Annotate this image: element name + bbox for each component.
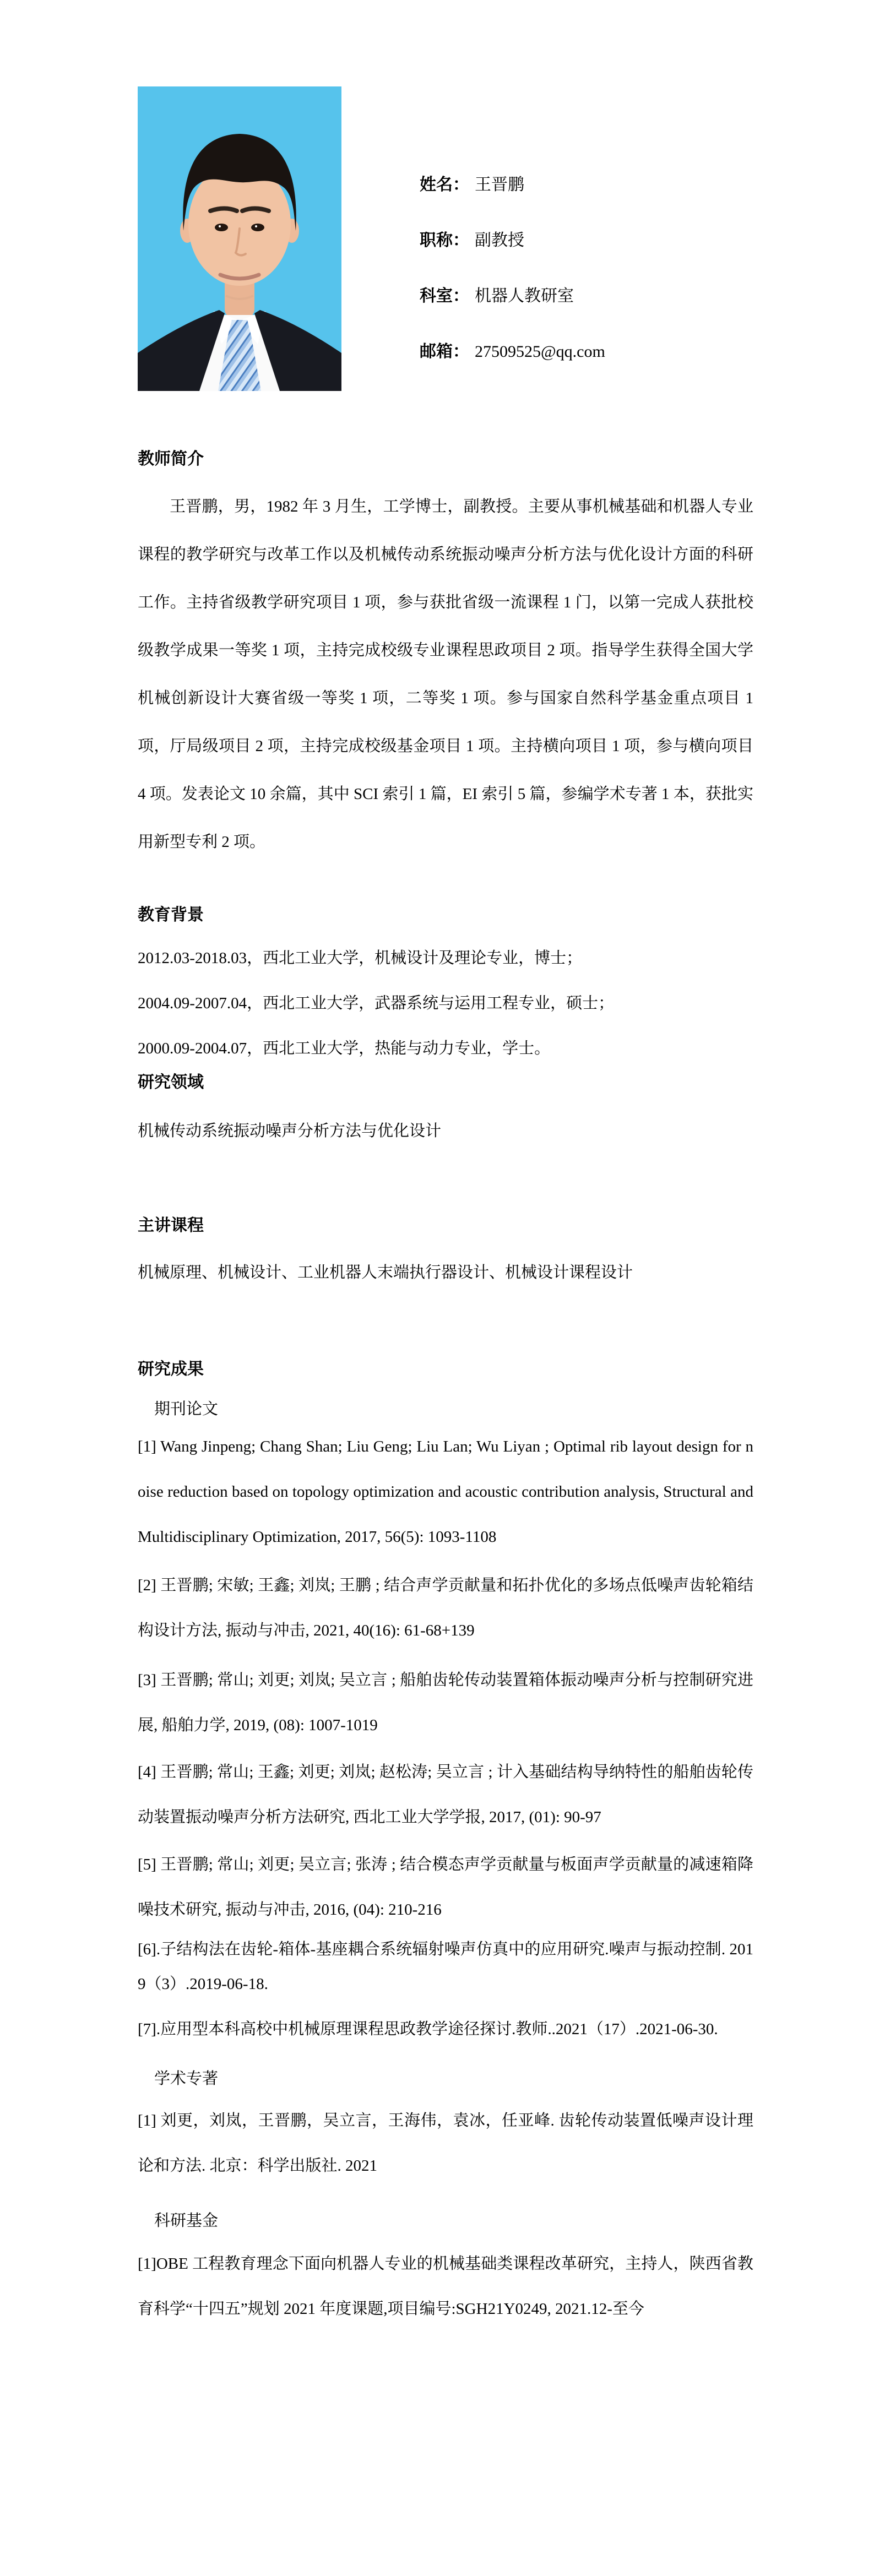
- journal-reference-1: [1] Wang Jinpeng; Chang Shan; Liu Geng; …: [138, 1424, 753, 1559]
- education-item-bachelor: 2000.09-2004.07，西北工业大学，热能与动力专业，学士。: [138, 1026, 753, 1071]
- info-row-department: 科室：机器人教研室: [420, 285, 605, 308]
- section-heading-courses: 主讲课程: [138, 1215, 753, 1237]
- info-row-email: 邮箱：27509525@qq.com: [420, 340, 605, 363]
- title-label: 职称：: [420, 231, 469, 249]
- portrait-photo: [138, 86, 341, 391]
- title-value: 副教授: [475, 231, 524, 249]
- journal-reference-5: [5] 王晋鹏; 常山; 刘更; 吴立言; 张涛 ; 结合模态声学贡献量与板面声…: [138, 1842, 753, 1932]
- courses-content: 机械原理、机械设计、工业机器人末端执行器设计、机械设计课程设计: [138, 1250, 753, 1295]
- subsection-heading-funds: 科研基金: [138, 2210, 753, 2232]
- intro-paragraph: 王晋鹏，男，1982 年 3 月生，工学博士，副教授。主要从事机械基础和机器人专…: [138, 483, 753, 866]
- research-area-content: 机械传动系统振动噪声分析方法与优化设计: [138, 1108, 753, 1154]
- journal-reference-7: [7].应用型本科高校中机械原理课程思政教学途径探讨.教师..2021（17）.…: [138, 2007, 753, 2052]
- profile-info: 姓名：王晋鹏 职称：副教授 科室：机器人教研室 邮箱：27509525@qq.c…: [420, 86, 605, 396]
- name-value: 王晋鹏: [475, 176, 524, 194]
- fund-reference-1: [1]OBE 工程教育理念下面向机器人专业的机械基础类课程改革研究，主持人，陕西…: [138, 2241, 753, 2332]
- email-value: 27509525@qq.com: [475, 343, 605, 361]
- info-row-name: 姓名：王晋鹏: [420, 173, 605, 197]
- profile-header: 姓名：王晋鹏 职称：副教授 科室：机器人教研室 邮箱：27509525@qq.c…: [138, 0, 753, 396]
- faculty-profile-page: 姓名：王晋鹏 职称：副教授 科室：机器人教研室 邮箱：27509525@qq.c…: [0, 0, 874, 2576]
- name-label: 姓名：: [420, 176, 469, 194]
- section-heading-research-area: 研究领域: [138, 1072, 753, 1094]
- info-row-title: 职称：副教授: [420, 229, 605, 252]
- section-heading-education: 教育背景: [138, 904, 753, 926]
- education-item-phd: 2012.03-2018.03，西北工业大学，机械设计及理论专业，博士；: [138, 936, 753, 981]
- section-heading-achievements: 研究成果: [138, 1358, 753, 1381]
- journal-reference-4: [4] 王晋鹏; 常山; 王鑫; 刘更; 刘岚; 赵松涛; 吴立言 ; 计入基础…: [138, 1749, 753, 1840]
- journal-reference-3: [3] 王晋鹏; 常山; 刘更; 刘岚; 吴立言 ; 船舶齿轮传动装置箱体振动噪…: [138, 1657, 753, 1748]
- subsection-heading-journal-papers: 期刊论文: [138, 1398, 753, 1420]
- department-value: 机器人教研室: [475, 287, 574, 305]
- content-column: 姓名：王晋鹏 职称：副教授 科室：机器人教研室 邮箱：27509525@qq.c…: [138, 0, 753, 2332]
- portrait-photo-illustration: [138, 86, 341, 391]
- department-label: 科室：: [420, 287, 469, 305]
- section-heading-intro: 教师简介: [138, 448, 753, 470]
- education-item-master: 2004.09-2007.04，西北工业大学，武器系统与运用工程专业，硕士；: [138, 981, 753, 1026]
- education-list: 2012.03-2018.03，西北工业大学，机械设计及理论专业，博士； 200…: [138, 936, 753, 1071]
- journal-reference-2: [2] 王晋鹏; 宋敏; 王鑫; 刘岚; 王鹏 ; 结合声学贡献量和拓扑优化的多…: [138, 1563, 753, 1653]
- subsection-heading-books: 学术专著: [138, 2068, 753, 2090]
- book-reference-1: [1] 刘更，刘岚，王晋鹏，吴立言，王海伟，袁冰，任亚峰. 齿轮传动装置低噪声设…: [138, 2098, 753, 2188]
- email-label: 邮箱：: [420, 343, 469, 361]
- journal-reference-6: [6].子结构法在齿轮-箱体-基座耦合系统辐射噪声仿真中的应用研究.噪声与振动控…: [138, 1932, 753, 2002]
